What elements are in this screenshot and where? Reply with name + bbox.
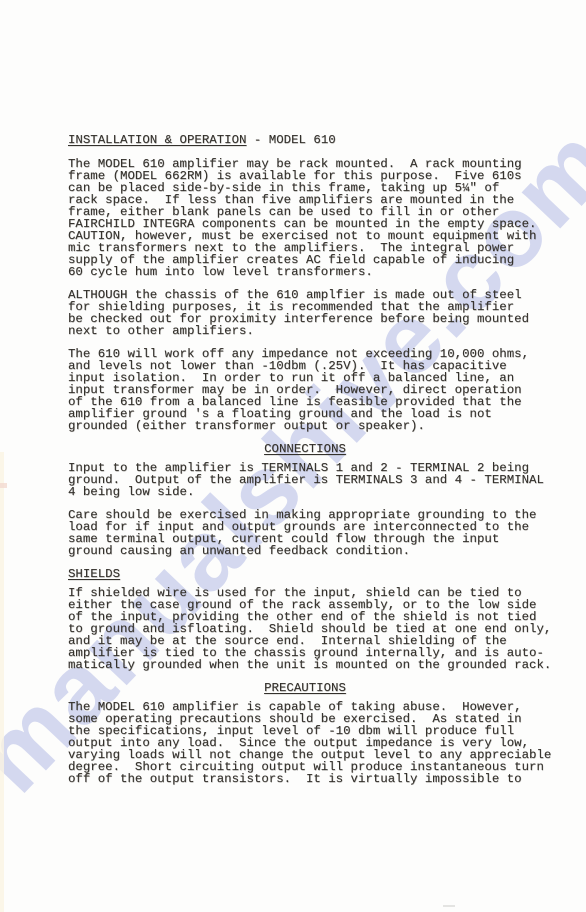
text-line: matically grounded when the unit is moun… (68, 659, 542, 671)
scan-speck (443, 905, 455, 907)
paragraph-grounding: Care should be exercised in making appro… (68, 509, 542, 557)
text-line: grounded (either transformer output or s… (68, 420, 542, 432)
text-line: ground causing an unwanted feedback cond… (68, 545, 542, 557)
text-line: 4 being low side. (68, 486, 542, 498)
paragraph-impedance: The 610 will work off any impedance not … (68, 348, 542, 432)
paragraph-intro: The MODEL 610 amplifier may be rack moun… (68, 158, 542, 278)
paragraph-although: ALTHOUGH the chassis of the 610 amplfier… (68, 289, 542, 337)
page-title: INSTALLATION & OPERATION - MODEL 610 (68, 134, 542, 146)
page-title-rest: - MODEL 610 (246, 133, 335, 147)
section-heading-connections: CONNECTIONS (68, 443, 542, 455)
page-content: INSTALLATION & OPERATION - MODEL 610 The… (68, 134, 542, 796)
paragraph-precautions: The MODEL 610 amplifier is capable of ta… (68, 701, 542, 785)
paragraph-terminals: Input to the amplifier is TERMINALS 1 an… (68, 462, 542, 498)
text-line: off of the output transistors. It is vir… (68, 773, 542, 785)
page-title-underlined: INSTALLATION & OPERATION (68, 133, 246, 147)
section-heading-shields: SHIELDS (68, 568, 542, 580)
text-line: 60 cycle hum into low level transformers… (68, 266, 542, 278)
text-line: next to other amplifiers. (68, 325, 542, 337)
paragraph-shielding: If shielded wire is used for the input, … (68, 587, 542, 671)
scan-edge-artifact (0, 452, 4, 912)
section-heading-precautions: PRECAUTIONS (68, 682, 542, 694)
scan-edge-mark (0, 483, 7, 488)
document-page: manualshive.com INSTALLATION & OPERATION… (0, 0, 586, 912)
